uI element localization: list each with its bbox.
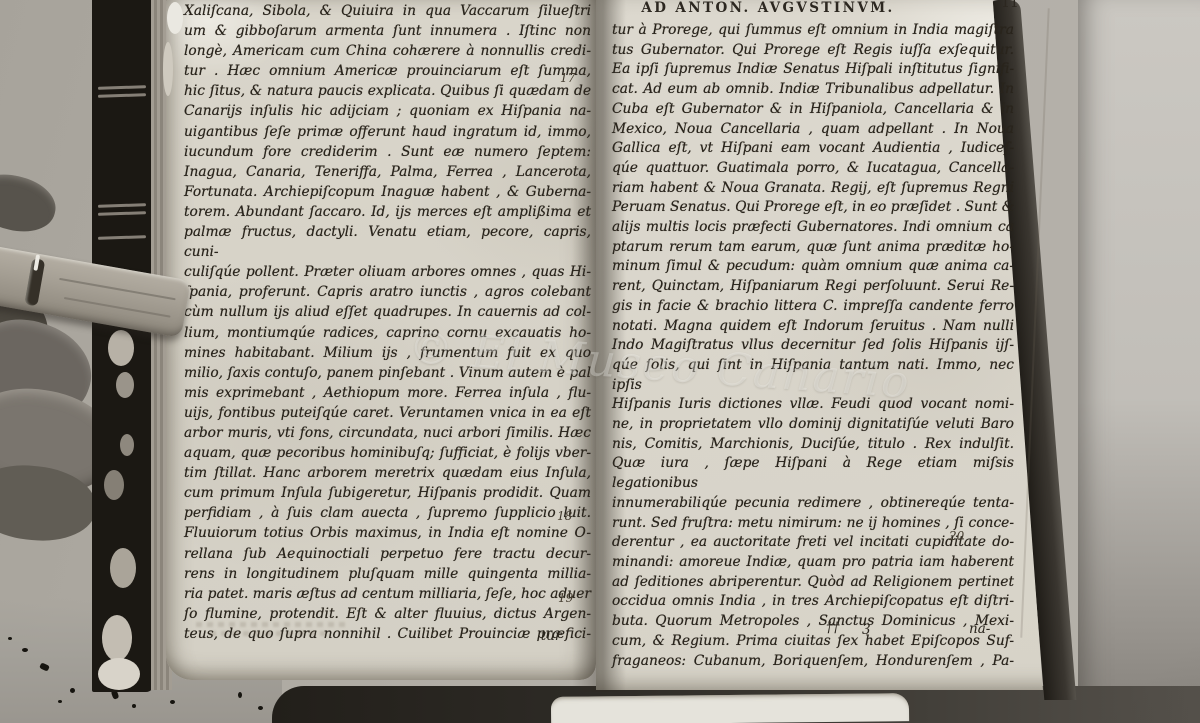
margin-note: 20	[949, 529, 964, 543]
ink-speck	[70, 688, 75, 693]
text-line: innumerabiliqúe pecunia redimere , obtin…	[612, 494, 1014, 514]
text-line: ſo flumine, protendit. Eſt & alter fluui…	[184, 604, 591, 624]
ink-speck	[8, 637, 12, 640]
text-line: uijs, fontibus puteiſqúe caret. Veruntam…	[184, 403, 591, 423]
text-line: longè, Americam cum China cohærere à non…	[184, 41, 591, 61]
text-line: palmæ fructus, dactyli. Venatu etiam, pe…	[184, 222, 591, 262]
left-catchword: tur	[516, 628, 586, 644]
ink-speck	[238, 692, 242, 698]
ink-speck	[258, 706, 263, 710]
ink-speck	[22, 648, 28, 652]
text-line: gis in facie & brachio littera C. impreſ…	[612, 297, 1014, 317]
text-line: Fluuiorum totius Orbis maximus, in India…	[184, 523, 591, 543]
text-line: minum ſimul & pecudum: quàm omnium quæ a…	[612, 257, 1014, 277]
wood-grain	[59, 278, 176, 300]
right-catchword: na-	[969, 621, 990, 637]
text-line: ne, in proprietatem vllo dominij dignita…	[612, 415, 1014, 435]
text-line: Ea ipſi ſupremus Indiæ Senatus Hiſpali i…	[612, 60, 1014, 80]
text-line: rellana ſub Aequinoctiali perpetuo fere …	[184, 544, 591, 564]
text-line: Cuba eſt Gubernator & in Hiſpaniola, Can…	[612, 100, 1014, 120]
signature-number: 3	[862, 622, 871, 638]
text-line: Xaliſcana, Sibola, & Quiuira in qua Vacc…	[184, 1, 591, 21]
text-line: mis exprimebant , Aethiopum more. Ferrea…	[184, 383, 591, 403]
spine-wear-patch	[98, 658, 140, 690]
text-line: Inagua, Canaria, Teneriffa, Palma, Ferre…	[184, 162, 591, 182]
margin-note: 17	[560, 71, 575, 85]
text-line: tim ſtillat. Hanc arborem meretrix quæda…	[184, 463, 591, 483]
text-line: ſpania, proferunt. Capris aratro iunctis…	[184, 282, 591, 302]
text-line: notati. Magna quidem eſt Indorum ſeruitu…	[612, 317, 1014, 337]
paper-chip	[163, 42, 173, 96]
page-block-fore-edge	[551, 693, 909, 723]
ink-speck	[58, 700, 62, 703]
spine-wear-patch	[102, 615, 132, 661]
text-line: Canarijs inſulis hic adijciam ; quoniam …	[184, 101, 591, 121]
spine-wear-patch	[110, 548, 136, 588]
text-line: aquam, quæ pecoribus hominibuſq; ſuffici…	[184, 443, 591, 463]
text-line: cat. Ad eum ab omnib. Indiæ Tribunalibus…	[612, 80, 1014, 100]
text-line: riam habent & Noua Granata. Regij, eſt ſ…	[612, 179, 1014, 199]
ink-speck	[132, 704, 136, 708]
text-line: ria patet. maris æſtus ad centum milliar…	[184, 584, 591, 604]
running-header: AD ANTON. AVGVSTINVM.	[600, 0, 936, 16]
text-line: Quæ iura , ſæpe Hiſpani à Rege etiam miſ…	[612, 454, 1014, 493]
text-line: rent, Quinctam, Hiſpaniarum Regi perſolu…	[612, 277, 1014, 297]
text-line: tus Gubernator. Qui Prorege eſt Regis iu…	[612, 41, 1014, 61]
margin-note: 18	[557, 509, 572, 523]
text-line: Mexico, Noua Cancellaria , quam adpellan…	[612, 120, 1014, 140]
text-line: rens in longitudinem pluſquam mille quin…	[184, 564, 591, 584]
bleed-through-text	[196, 622, 346, 627]
paper-chip	[167, 2, 183, 34]
text-line: uigantibus ſeſe primæ offerunt haud ingr…	[184, 122, 591, 142]
text-line: minandi: amoreue Indiæ, quam pro patria …	[612, 553, 1014, 573]
text-line: alijs multis locis præfecti Gubernatores…	[612, 218, 1014, 238]
fingertip	[0, 167, 61, 240]
text-line: ptarum rerum tam earum, quæ ſunt anima p…	[612, 238, 1014, 258]
text-line: torem. Abundant ſaccaro. Id, ijs merces …	[184, 202, 591, 222]
text-line: nis, Comitis, Marchionis, Duciſúe, titul…	[612, 435, 1014, 455]
signature-mark: ††	[826, 620, 840, 636]
text-line: Gallica eſt, vt Hiſpani eam vocant Audie…	[612, 139, 1014, 159]
spine-wear-patch	[104, 470, 124, 500]
text-line: cum primum Inſula ſubigeretur, Hiſpanis …	[184, 483, 591, 503]
ink-speck	[170, 700, 175, 704]
text-line: qúe quattuor. Guatimala porro, & Iucatag…	[612, 159, 1014, 179]
text-line: iucundum fore crediderim . Sunt eæ numer…	[184, 142, 591, 162]
text-line: cùm nullum ijs aliud eſſet quadrupes. In…	[184, 302, 591, 322]
text-line: Fortunata. Archiepiſcopum Inaguæ habent …	[184, 182, 591, 202]
text-line: fraganeos: Cubanum, Boriquenſem, Hondure…	[612, 652, 1014, 672]
text-line: arbor muris, vti fons, circundata, nuci …	[184, 423, 591, 443]
spine-wear-patch	[108, 330, 134, 366]
text-line: tur à Prorege, qui ſummus eſt omnium in …	[612, 21, 1014, 41]
text-line: Peruam Senatus. Qui Prorege eſt, in eo p…	[612, 198, 1014, 218]
bleed-through-text	[210, 631, 328, 636]
text-line: um & gibboſarum armenta ſunt innumera . …	[184, 21, 591, 41]
spine-wear-patch	[120, 434, 134, 456]
text-line: hic ſitus, & natura paucis explicata. Qu…	[184, 81, 591, 101]
text-line: buta. Quorum Metropoles , Sanctus Domini…	[612, 612, 1014, 632]
margin-note: 19	[558, 591, 573, 605]
left-page-text: Xaliſcana, Sibola, & Quiuira in qua Vacc…	[184, 1, 591, 644]
spine-wear-patch	[116, 372, 134, 398]
text-line: ad ſeditiones abriperentur. Quòd ad Reli…	[612, 573, 1014, 593]
text-line: occidua omnis India , in tres Archiepiſc…	[612, 592, 1014, 612]
background-right	[1078, 0, 1200, 723]
wood-grain	[64, 297, 171, 318]
text-line: perfidiam , à ſuis clam auecta , ſupremo…	[184, 503, 591, 523]
text-line: tur . Hæc omnium Americæ prouinciarum eſ…	[184, 61, 591, 81]
page-number: 11	[1001, 0, 1019, 11]
text-line: cum, & Regium. Prima ciuitas ſex habet E…	[612, 632, 1014, 652]
text-line: culiſqúe pollent. Præter oliuam arbores …	[184, 262, 591, 282]
book-photograph: Xaliſcana, Sibola, & Quiuira in qua Vacc…	[0, 0, 1200, 723]
